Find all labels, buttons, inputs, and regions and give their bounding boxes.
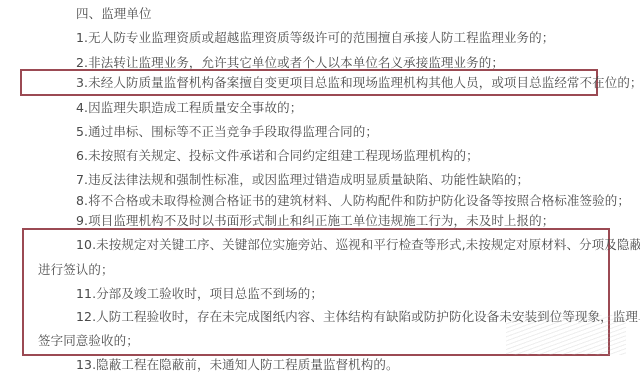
list-item: 1.无人防专业监理资质或超越监理资质等级许可的范围擅自承接人防工程监理业务的； <box>76 30 554 46</box>
list-item: 5.通过串标、围标等不正当竞争手段取得监理合同的； <box>76 124 378 140</box>
list-item-continuation: 签字同意验收的； <box>38 333 139 349</box>
list-item: 9.项目监理机构不及时以书面形式制止和纠正施工单位违规施工行为，未及时上报的； <box>76 213 554 229</box>
list-item-continuation: 进行签认的； <box>38 262 114 278</box>
section-title: 四、监理单位 <box>76 6 152 22</box>
list-item: 10.未按规定对关键工序、关键部位实施旁站、巡视和平行检查等形式,未按规定对原材… <box>76 237 640 253</box>
list-item: 6.未按照有关规定、投标文件承诺和合同约定组建工程现场监理机构的； <box>76 148 479 164</box>
list-item: 7.违反法律法规和强制性标准，或因监理过错造成明显质量缺陷、功能性缺陷的； <box>76 172 529 188</box>
list-item: 3.未经人防质量监督机构备案擅自变更项目总监和现场监理机构其他人员，或项目总监经… <box>76 75 640 91</box>
list-item: 13.隐蔽工程在隐蔽前，未通知人防工程质量监督机构的。 <box>76 357 399 373</box>
list-item: 11.分部及竣工验收时，项目总监不到场的； <box>76 286 323 302</box>
watermark <box>506 315 626 355</box>
list-item: 4.因监理失职造成工程质量安全事故的； <box>76 100 302 116</box>
list-item: 8.将不合格或未取得检测合格证书的建筑材料、人防构配件和防护防化设备等按照合格标… <box>76 193 630 209</box>
